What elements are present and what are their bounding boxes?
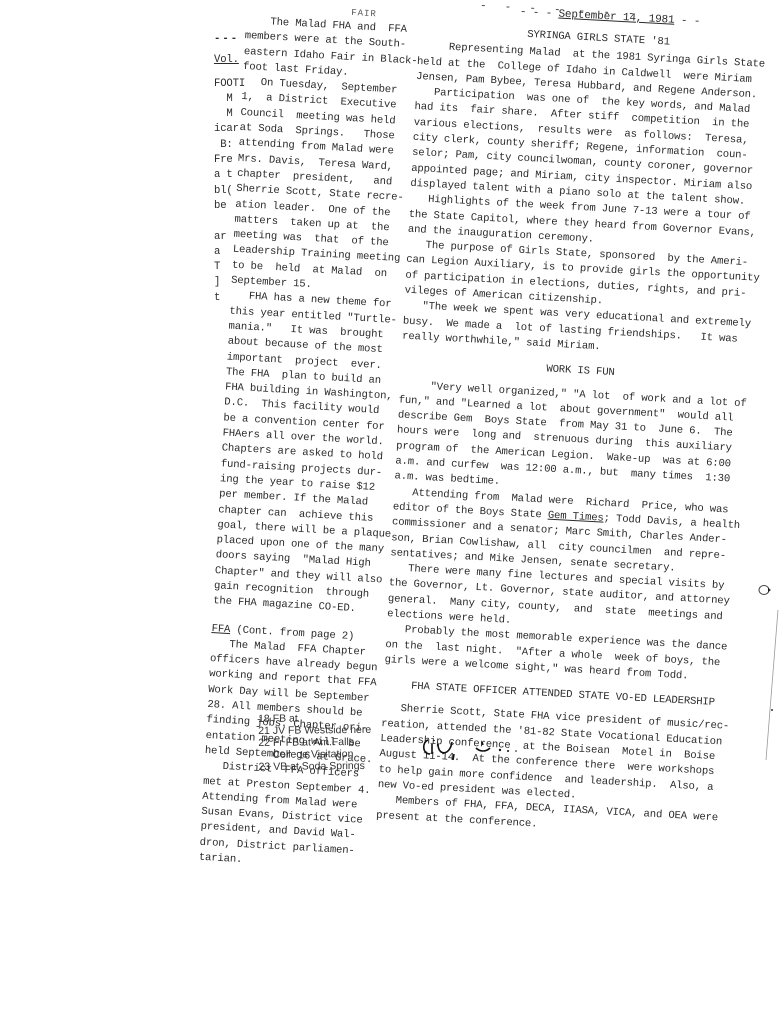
punch-hole-mark xyxy=(758,584,772,596)
ffa-heading: FFA xyxy=(211,623,230,636)
right-column: - - - - - - - - - - September 14, 1981 -… xyxy=(376,6,780,843)
fha-article: The Malad FHA and FFAmembers were at the… xyxy=(213,14,416,619)
news-article: WORK IS FUN "Very well organized," "A lo… xyxy=(384,355,760,688)
right-articles: SYRINGA GIRLS STATE '81 Representing Mal… xyxy=(376,22,779,843)
news-article: SYRINGA GIRLS STATE '81 Representing Mal… xyxy=(402,22,779,364)
fair-header-fragment: FAIR xyxy=(351,6,377,23)
page-edge-line xyxy=(760,610,780,760)
calendar-entry: 23 VB at Soda Springs xyxy=(259,760,372,773)
sports-calendar-fragment: 18 FB at21 JV FB Westside here22 Fr FB a… xyxy=(258,712,372,773)
scanned-newsletter-page: --- Vol. FOOTI M Micar B:Frea tbl(be ara… xyxy=(0,0,782,1024)
calendar-entry: 21 JV FB Westside here xyxy=(258,724,371,737)
handwriting-scribble xyxy=(420,732,570,762)
